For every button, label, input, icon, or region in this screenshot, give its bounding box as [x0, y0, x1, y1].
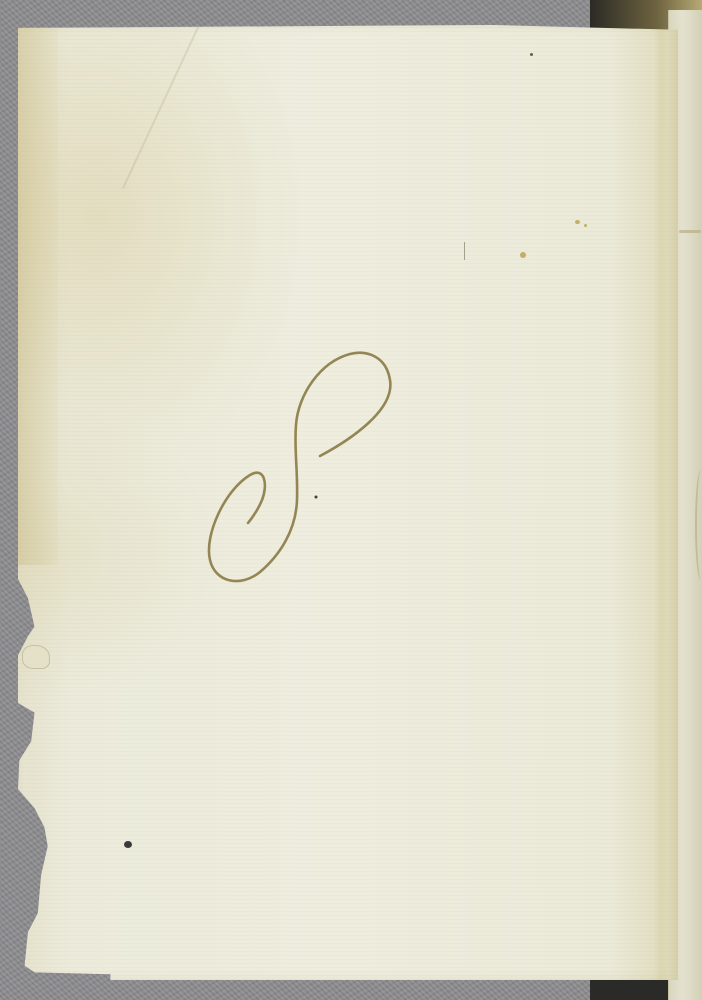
- foxing-spot: [520, 252, 526, 258]
- adjacent-leaf-mark: [679, 230, 701, 233]
- paper-hole: [124, 841, 132, 848]
- manuscript-scan: S: [0, 0, 702, 1000]
- fiber-mark: [464, 242, 465, 260]
- foxing-spot: [584, 224, 587, 227]
- water-stain: [18, 25, 58, 565]
- gutter-stain: [654, 25, 668, 980]
- adjacent-leaf-fold: [695, 470, 702, 580]
- calligraphic-s-icon: [190, 340, 410, 600]
- paper-tear: [22, 645, 50, 669]
- foxing-spot: [530, 53, 533, 56]
- foxing-spot: [575, 220, 580, 224]
- paper-crease: [122, 25, 200, 189]
